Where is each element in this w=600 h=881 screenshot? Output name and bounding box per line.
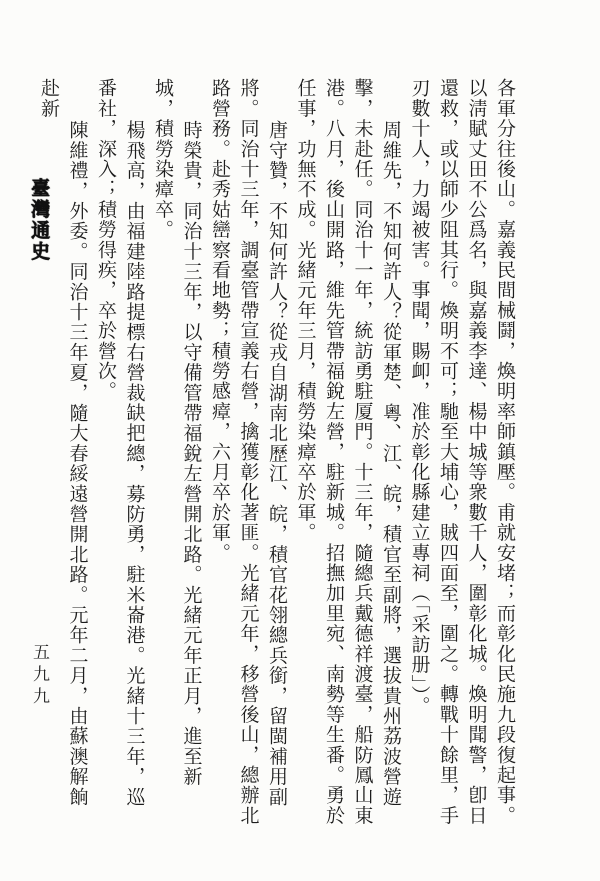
page-number: 五九九 xyxy=(27,643,52,709)
paragraph: 唐守贊，不知何許人？從戎自湖南北歷江、皖，積官花翎總兵銜，留閩補用副將。同治十三… xyxy=(205,78,291,826)
paragraph: 各軍分往後山。嘉義民間械鬪，煥明率師鎮壓。甫就安堵；而彰化民施九段復起事。以淸賦… xyxy=(404,78,518,826)
book-page: 臺灣通史 各軍分往後山。嘉義民間械鬪，煥明率師鎮壓。甫就安堵；而彰化民施九段復起… xyxy=(0,0,600,881)
paragraph: 時榮貴，同治十三年，以守備管帶福銳左營開北路。光緒元年正月，進至新城，積勞染瘴卒… xyxy=(148,78,205,826)
paragraph: 周維先，不知何許人？從軍楚、粵、江、皖，積官至副將，選拔貴州荔波營遊擊，未赴任。… xyxy=(290,78,404,826)
text-block: 各軍分往後山。嘉義民間械鬪，煥明率師鎮壓。甫就安堵；而彰化民施九段復起事。以淸賦… xyxy=(56,78,518,826)
paragraph: 陳維禮，外委。同治十三年夏，隨大春綏遠營開北路。元年二月，由蘇澳解餉赴新 xyxy=(34,78,91,826)
paragraph: 楊飛高，由福建陸路提標右營裁缺把總，募防勇，駐米崙港。光緒十三年，巡番社，深入；… xyxy=(91,78,148,826)
